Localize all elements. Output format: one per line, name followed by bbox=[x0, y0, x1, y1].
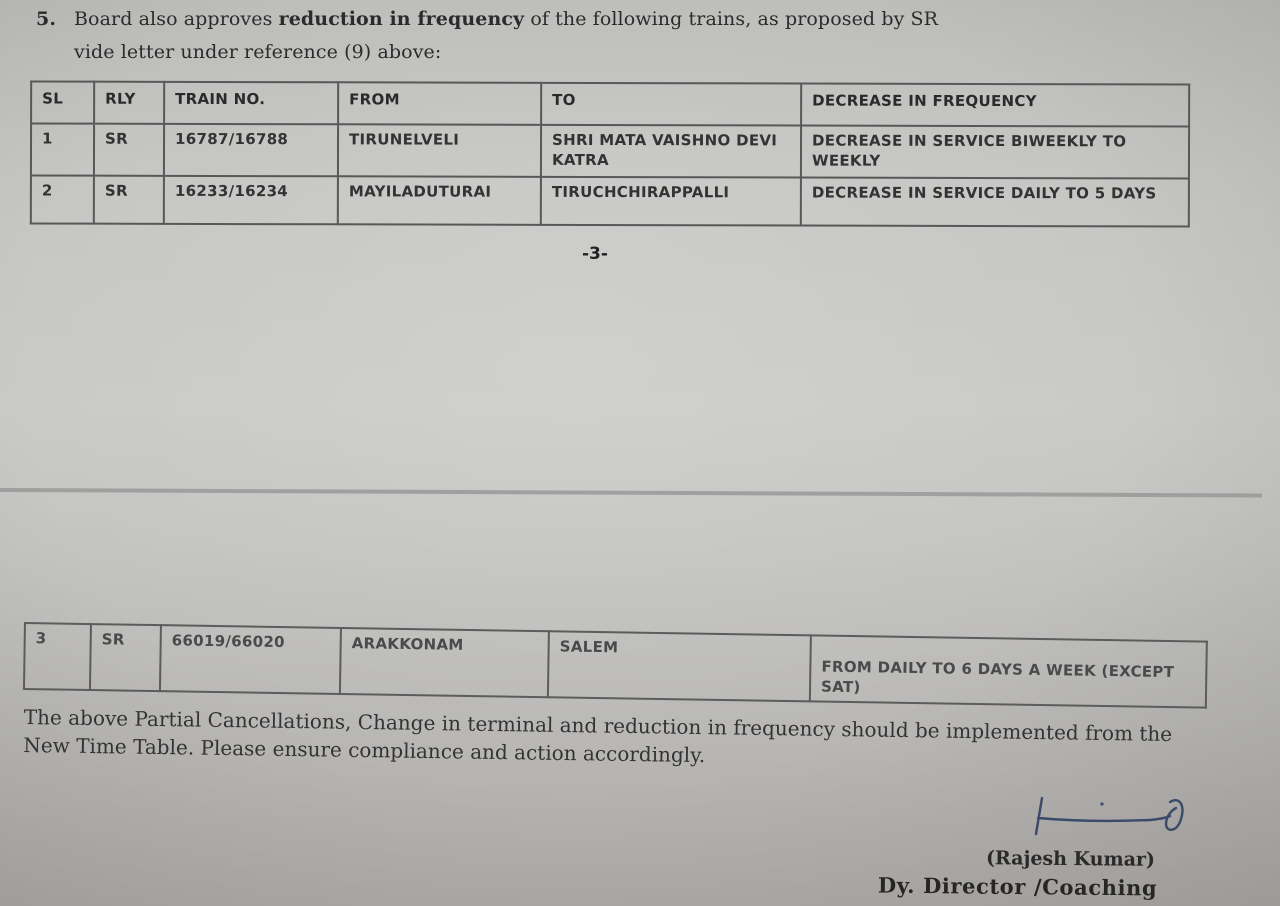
cell-train-no: 66019/66020 bbox=[160, 625, 341, 694]
frequency-reduction-table-continued: 3 SR 66019/66020 ARAKKONAM SALEM FROM DA… bbox=[23, 622, 1208, 709]
cell-rly: SR bbox=[90, 624, 161, 691]
signatory-designation: Dy. Director /Coaching bbox=[878, 873, 1158, 901]
header-sl: SL bbox=[31, 81, 94, 123]
cell-sl: 3 bbox=[24, 623, 91, 690]
cell-sl: 1 bbox=[31, 123, 94, 175]
page-break-divider bbox=[0, 488, 1262, 498]
header-to: TO bbox=[541, 83, 801, 126]
page-number: -3- bbox=[582, 244, 608, 264]
signature-icon bbox=[1020, 788, 1200, 848]
cell-from: MAYILADUTURAI bbox=[338, 176, 541, 225]
cell-decrease: FROM DAILY TO 6 DAYS A WEEK (EXCEPT SAT) bbox=[810, 635, 1207, 707]
header-decrease: DECREASE IN FREQUENCY bbox=[801, 84, 1189, 127]
paragraph-5: 5.Board also approves reduction in frequ… bbox=[36, 3, 1196, 69]
paragraph-5-line-1: 5.Board also approves reduction in frequ… bbox=[36, 3, 1196, 36]
cell-sl: 2 bbox=[31, 175, 94, 223]
header-train-no: TRAIN NO. bbox=[164, 82, 338, 124]
cell-from: ARAKKONAM bbox=[340, 628, 549, 697]
paragraph-text-bold: reduction in frequency bbox=[279, 8, 525, 30]
paragraph-text-post: of the following trains, as proposed by … bbox=[524, 8, 938, 30]
cell-rly: SR bbox=[94, 176, 164, 224]
cell-to: SHRI MATA VAISHNO DEVI KATRA bbox=[541, 125, 801, 178]
frequency-reduction-table: SL RLY TRAIN NO. FROM TO DECREASE IN FRE… bbox=[30, 80, 1190, 227]
cell-to: TIRUCHCHIRAPPALLI bbox=[541, 177, 801, 226]
cell-from: TIRUNELVELI bbox=[338, 124, 541, 177]
paragraph-5-line-2: vide letter under reference (9) above: bbox=[36, 36, 1196, 69]
cell-to: SALEM bbox=[548, 631, 811, 701]
table-header-row: SL RLY TRAIN NO. FROM TO DECREASE IN FRE… bbox=[31, 81, 1189, 126]
cell-decrease: DECREASE IN SERVICE BIWEEKLY TO WEEKLY bbox=[801, 126, 1189, 179]
header-rly: RLY bbox=[94, 82, 164, 124]
cell-rly: SR bbox=[94, 124, 164, 176]
cell-decrease: DECREASE IN SERVICE DAILY TO 5 DAYS bbox=[801, 177, 1189, 226]
table-row: 1 SR 16787/16788 TIRUNELVELI SHRI MATA V… bbox=[31, 123, 1189, 178]
table-row: 2 SR 16233/16234 MAYILADUTURAI TIRUCHCHI… bbox=[31, 175, 1189, 226]
signatory-name: (Rajesh Kumar) bbox=[986, 847, 1155, 871]
cell-train-no: 16787/16788 bbox=[164, 124, 338, 176]
paragraph-text-pre: Board also approves bbox=[74, 8, 279, 30]
table-row: 3 SR 66019/66020 ARAKKONAM SALEM FROM DA… bbox=[24, 623, 1207, 708]
cell-train-no: 16233/16234 bbox=[164, 176, 338, 224]
closing-paragraph: The above Partial Cancellations, Change … bbox=[23, 703, 1204, 776]
paragraph-number: 5. bbox=[36, 3, 74, 36]
header-from: FROM bbox=[338, 82, 541, 125]
